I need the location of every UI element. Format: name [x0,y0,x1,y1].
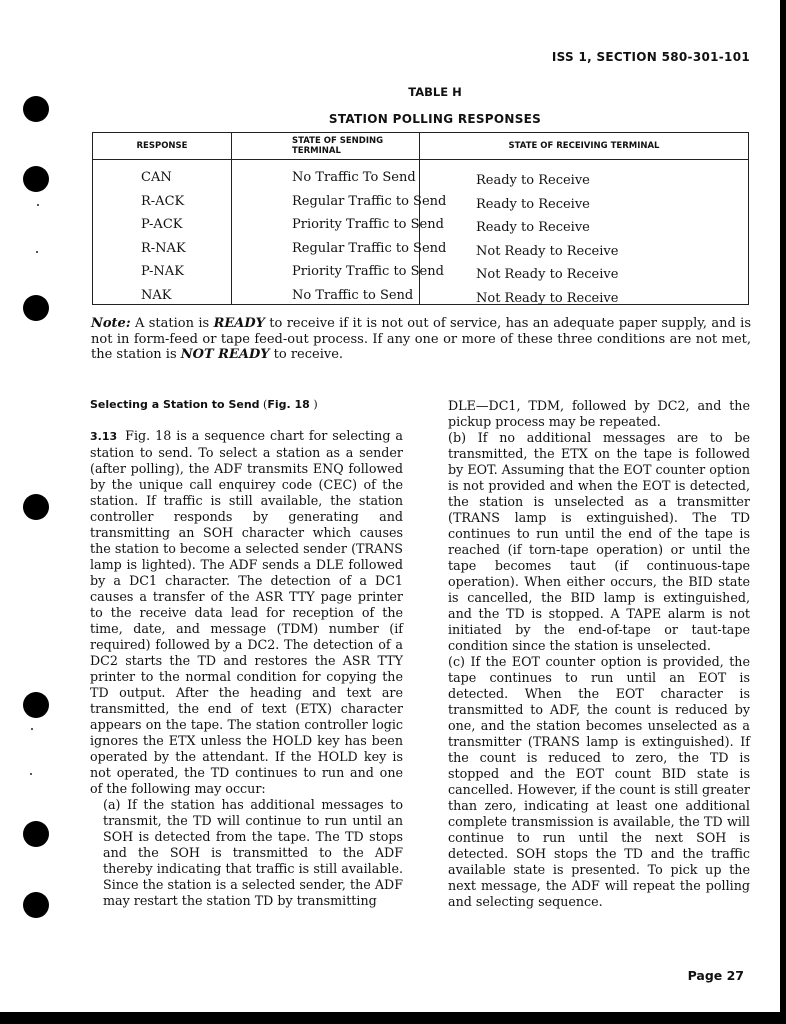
table-cell: No Traffic To Send [232,166,419,190]
table-body: CAN R-ACK P-ACK R-NAK P-NAK NAK No Traff… [93,160,748,304]
table-cell: CAN [93,166,231,190]
right-column: DLE—DC1, TDM, followed by DC2, and the p… [448,398,750,910]
page-number: Page 27 [688,968,744,983]
table-cell: Ready to Receive [420,213,748,237]
ready-emphasis: READY [214,316,265,331]
not-ready-emphasis: NOT READY [181,347,270,362]
item-c: (c) If the EOT counter option is provide… [448,654,750,910]
left-column: 3.13Fig. 18 is a sequence chart for sele… [90,428,403,909]
speck-mark [30,773,32,775]
item-a-continued: DLE—DC1, TDM, followed by DC2, and the p… [448,398,750,430]
binder-hole-icon [23,295,49,321]
table-cell: Not Ready to Receive [420,237,748,261]
item-a: (a) If the station has additional messag… [90,797,403,909]
table-cell: Not Ready to Receive [420,284,748,308]
binder-hole-icon [23,494,49,520]
receiving-column: Ready to Receive Ready to Receive Ready … [420,160,748,304]
table-cell: P-NAK [93,260,231,284]
speck-mark [36,251,38,253]
paragraph-number: 3.13 [90,430,117,443]
column-header-receiving: STATE OF RECEIVING TERMINAL [420,133,748,159]
table-cell: NAK [93,284,231,308]
table-cell: Regular Traffic to Send [232,237,419,261]
item-c-label: (c) [448,654,465,669]
station-polling-table: RESPONSE STATE OF SENDING TERMINAL STATE… [92,132,749,305]
item-a-label: (a) [103,797,120,812]
table-cell: R-ACK [93,190,231,214]
table-header-row: RESPONSE STATE OF SENDING TERMINAL STATE… [93,133,748,160]
section-heading: Selecting a Station to Send (Fig. 18 ) [90,398,318,411]
binder-hole-icon [23,166,49,192]
note-label: Note: [91,316,131,331]
paragraph-3-13: 3.13Fig. 18 is a sequence chart for sele… [90,428,403,797]
table-cell: Ready to Receive [420,190,748,214]
table-cell: Not Ready to Receive [420,260,748,284]
speck-mark [31,728,33,730]
table-cell: P-ACK [93,213,231,237]
column-header-response: RESPONSE [93,133,232,159]
table-title: STATION POLLING RESPONSES [0,112,786,126]
response-column: CAN R-ACK P-ACK R-NAK P-NAK NAK [93,160,232,304]
item-b: (b) If no additional messages are to be … [448,430,750,654]
binder-hole-icon [23,892,49,918]
document-page: ISS 1, SECTION 580-301-101 TABLE H STATI… [0,0,780,1012]
table-cell: Priority Traffic to Send [232,260,419,284]
table-note: Note: A station is READY to receive if i… [91,316,751,363]
table-cell: R-NAK [93,237,231,261]
table-cell: Regular Traffic to Send [232,190,419,214]
binder-hole-icon [23,96,49,122]
table-label: TABLE H [0,85,786,99]
column-header-sending: STATE OF SENDING TERMINAL [232,133,420,159]
table-cell: Priority Traffic to Send [232,213,419,237]
sending-column: No Traffic To Send Regular Traffic to Se… [232,160,420,304]
table-cell: No Traffic to Send [232,284,419,308]
table-cell: Ready to Receive [420,166,748,190]
binder-hole-icon [23,821,49,847]
item-b-label: (b) [448,430,466,445]
binder-hole-icon [23,692,49,718]
speck-mark [37,204,39,206]
section-reference: ISS 1, SECTION 580-301-101 [552,50,750,64]
